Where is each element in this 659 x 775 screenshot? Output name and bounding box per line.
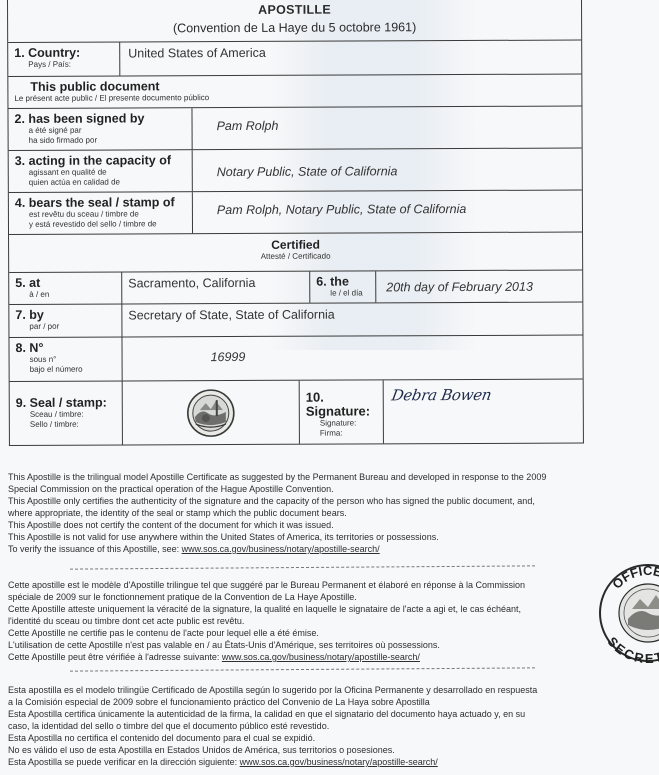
notes-spanish: Esta apostilla es el modelo trilingüe Ce… <box>8 684 578 768</box>
seal-of-label: 4. bears the seal / stamp of <box>15 195 186 210</box>
apostille-form: APOSTILLE (Convention de La Haye du 5 oc… <box>7 0 584 446</box>
note-line: spéciale de 2009 sur le fonctionnement p… <box>8 591 578 603</box>
notes-french: Cette apostille est le modèle d'Apostill… <box>8 579 578 663</box>
note-line: Cette Apostille atteste uniquement la vé… <box>8 603 578 615</box>
row-signed-by: 2. has been signed by a été signé par ha… <box>8 105 581 149</box>
form-title: APOSTILLE <box>8 1 581 18</box>
form-subtitle: (Convention de La Haye du 5 octobre 1961… <box>8 19 581 36</box>
seal-of-sublabel-es: y está revestido del sello / timbre de <box>15 219 186 229</box>
signed-by-value: Pam Rolph <box>217 117 576 134</box>
verify-link[interactable]: www.sos.ca.gov/business/notary/apostille… <box>182 544 380 554</box>
capacity-value: Notary Public, State of California <box>217 163 576 180</box>
country-label: 1. Country: <box>14 46 113 60</box>
row-seal-of: 4. bears the seal / stamp of est revêtu … <box>9 189 582 233</box>
note-verify-line: Esta Apostilla se puede verificar en la … <box>8 756 578 768</box>
number-label: 8. N° <box>15 341 115 355</box>
note-line: a la Comisión especial de 2009 sobre el … <box>8 696 578 708</box>
verify-prefix: Cette Apostille peut être vérifiée à l'a… <box>8 652 222 662</box>
row-country: 1. Country: Pays / País: United States o… <box>8 39 581 75</box>
separator-line <box>70 565 535 569</box>
signature-label: 10. Signature: <box>306 390 377 418</box>
country-value: United States of America <box>128 44 575 61</box>
note-line: This Apostille is the trilingual model A… <box>8 471 578 483</box>
by-value: Secretary of State, State of California <box>128 306 576 323</box>
signed-by-sublabel-es: ha sido firmado por <box>15 135 186 145</box>
at-label: 5. at <box>15 276 115 290</box>
verify-link[interactable]: www.sos.ca.gov/business/notary/apostille… <box>240 757 438 767</box>
note-line: Esta Apostilla no certifica el contenido… <box>8 732 578 744</box>
note-line: No es válido el uso de esta Apostilla en… <box>8 744 578 756</box>
note-line: l'identité du sceau ou timbre dont cet a… <box>8 615 578 627</box>
note-line: Special Commission on the practical oper… <box>8 483 578 495</box>
seal-label: 9. Seal / stamp: <box>16 396 116 410</box>
state-seal-icon <box>186 388 236 438</box>
note-verify-line: Cette Apostille peut être vérifiée à l'a… <box>8 651 578 663</box>
office-of-secretary-seal-icon: OFFICE OF SECRETARY <box>598 563 659 663</box>
capacity-sublabel-es: quien actúa en calidad de <box>15 177 186 187</box>
note-line: Esta Apostilla certifica únicamente la a… <box>8 708 578 720</box>
by-label: 7. by <box>15 308 115 322</box>
at-value: Sacramento, California <box>128 275 303 291</box>
signed-by-label: 2. has been signed by <box>14 111 185 126</box>
signature-sublabel-fr: Signature: <box>306 418 377 428</box>
row-seal-signature: 9. Seal / stamp: Sceau / timbre: Sello /… <box>10 378 583 444</box>
note-verify-line: To verify the issuance of this Apostille… <box>8 543 578 555</box>
row-number: 8. N° sous n° bajo el número 16999 <box>9 334 582 380</box>
note-line: caso, la identidad del sello o timbre de… <box>8 720 578 732</box>
row-place-date: 5. at à / en Sacramento, California 6. t… <box>9 269 582 303</box>
date-label: 6. the <box>316 274 369 288</box>
form-header: APOSTILLE (Convention de La Haye du 5 oc… <box>8 0 581 42</box>
note-line: This Apostille does not certify the cont… <box>8 519 578 531</box>
public-document-label: This public document <box>14 79 209 94</box>
separator-line <box>70 667 535 671</box>
number-sublabel-es: bajo el número <box>16 364 116 374</box>
row-by: 7. by par / por Secretary of State, Stat… <box>9 301 582 336</box>
row-public-document: This public document Le présent acte pub… <box>8 73 581 107</box>
capacity-label: 3. acting in the capacity of <box>15 153 186 168</box>
verify-prefix: Esta Apostilla se puede verificar en la … <box>8 757 240 767</box>
number-sublabel-fr: sous n° <box>16 355 116 365</box>
verify-link[interactable]: www.sos.ca.gov/business/notary/apostille… <box>222 652 420 662</box>
verify-prefix: To verify the issuance of this Apostille… <box>8 544 182 554</box>
notes-english: This Apostille is the trilingual model A… <box>8 471 578 555</box>
at-sublabel: à / en <box>15 290 115 300</box>
seal-of-value: Pam Rolph, Notary Public, State of Calif… <box>217 201 576 218</box>
row-capacity: 3. acting in the capacity of agissant en… <box>9 147 582 191</box>
note-line: This Apostille only certifies the authen… <box>8 495 578 507</box>
date-value: 20th day of February 2013 <box>386 279 576 295</box>
signature-value: Debra Bowen <box>390 386 493 404</box>
seal-sublabel-es: Sello / timbre: <box>16 419 116 429</box>
date-sublabel: le / el día <box>316 288 369 298</box>
number-value: 16999 <box>211 348 577 365</box>
note-line: This Apostille is not valid for use anyw… <box>8 531 578 543</box>
seal-sublabel-fr: Sceau / timbre: <box>16 410 116 420</box>
public-document-sublabel: Le présent acte public / El presente doc… <box>14 93 209 103</box>
note-line: where appropriate, the identity of the s… <box>8 507 578 519</box>
country-sublabel: Pays / País: <box>14 60 113 70</box>
note-line: Cette apostille est le modèle d'Apostill… <box>8 579 578 591</box>
row-certified: Certified Attesté / Certificado <box>9 231 582 271</box>
note-line: Cette Apostille ne certifie pas le conte… <box>8 627 578 639</box>
certified-sublabel: Attesté / Certificado <box>9 250 582 262</box>
note-line: L'utilisation de cette Apostille n'est p… <box>8 639 578 651</box>
by-sublabel: par / por <box>15 322 115 332</box>
signature-sublabel-es: Firma: <box>306 428 377 438</box>
note-line: Esta apostilla es el modelo trilingüe Ce… <box>8 684 578 696</box>
